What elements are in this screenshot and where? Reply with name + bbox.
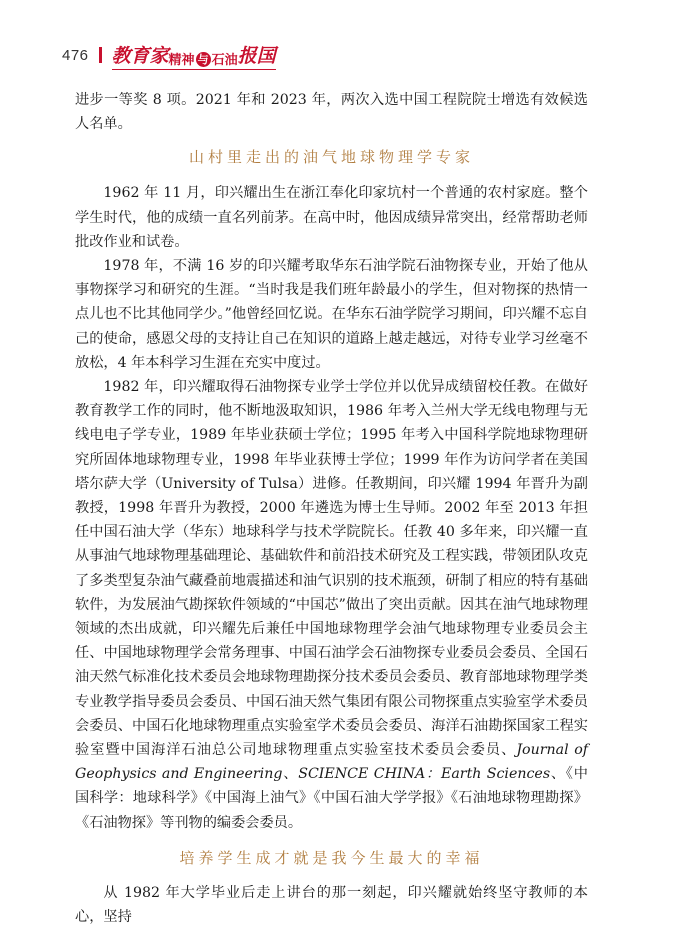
running-header: 476 教育家 精神 与 石油 报国 xyxy=(62,42,276,68)
paragraph-1978: 1978 年，不满 16 岁的印兴耀考取华东石油学院石油物探专业，开始了他从事物… xyxy=(75,254,588,375)
book-title-part-5: 报国 xyxy=(238,41,276,68)
separator: 、 xyxy=(282,766,298,782)
header-divider xyxy=(99,47,102,63)
journal-title-2: SCIENCE CHINA：Earth Sciences xyxy=(298,766,550,782)
section-heading-2: 培养学生成才就是我今生最大的幸福 xyxy=(75,846,588,870)
book-title-part-4: 石油 xyxy=(212,49,238,68)
book-title-logo: 教育家 精神 与 石油 报国 xyxy=(112,41,276,70)
paragraph-1982-text: 1982 年，印兴耀取得石油物探专业学士学位并以优异成绩留校任教。在做好教育教学… xyxy=(75,379,588,758)
carryover-paragraph: 进步一等奖 8 项。2021 年和 2023 年，两次入选中国工程院院士增选有效… xyxy=(75,88,588,136)
book-title-part-2: 精神 xyxy=(169,49,195,68)
book-title-part-1: 教育家 xyxy=(112,41,169,68)
page-body: 进步一等奖 8 项。2021 年和 2023 年，两次入选中国工程院院士增选有效… xyxy=(75,88,588,929)
book-title-part-3: 与 xyxy=(196,52,211,67)
section-heading-1: 山村里走出的油气地球物理学专家 xyxy=(75,145,588,169)
paragraph-teaching: 从 1982 年大学毕业后走上讲台的那一刻起，印兴耀就始终坚守教师的本心，坚持 xyxy=(75,881,588,929)
page-number: 476 xyxy=(62,47,89,64)
paragraph-birth: 1962 年 11 月，印兴耀出生在浙江奉化印家坑村一个普通的农村家庭。整个学生… xyxy=(75,181,588,254)
paragraph-1982: 1982 年，印兴耀取得石油物探专业学士学位并以优异成绩留校任教。在做好教育教学… xyxy=(75,375,588,835)
